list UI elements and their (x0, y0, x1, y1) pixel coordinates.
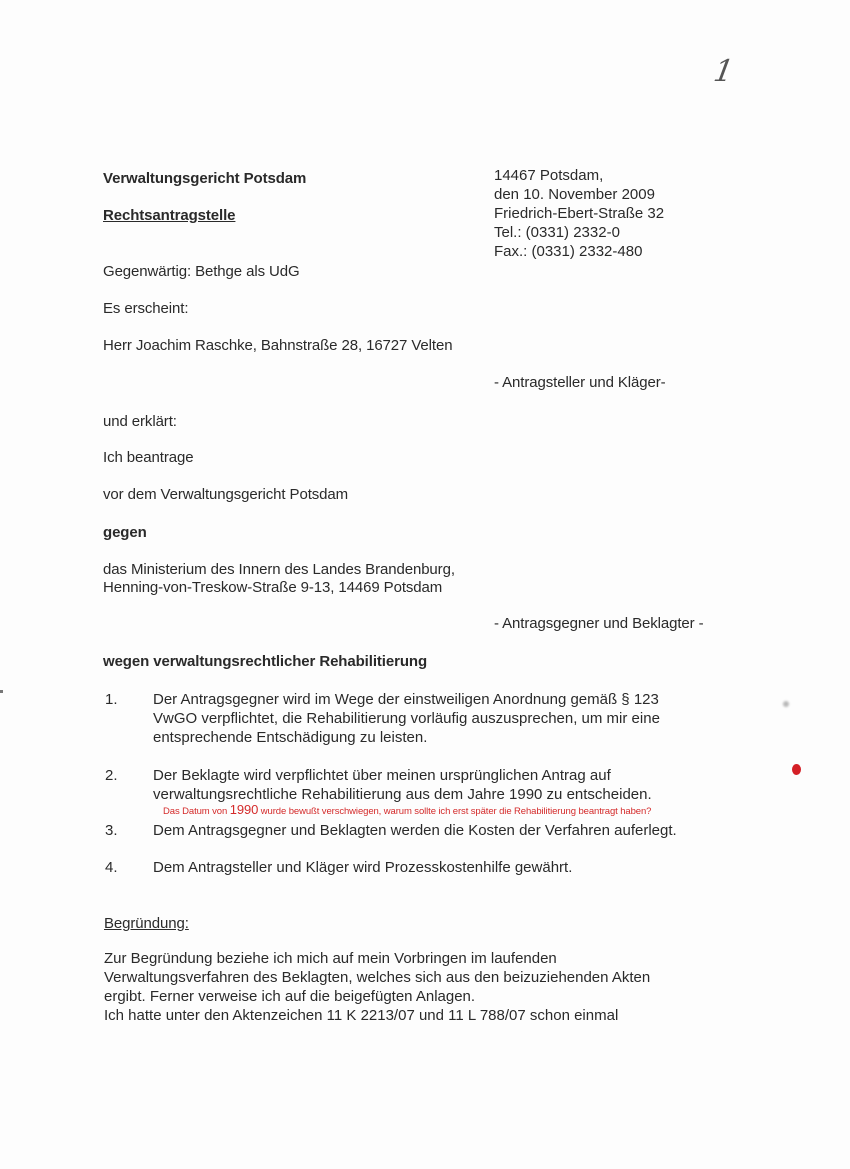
against-label: gegen (103, 523, 147, 542)
request-number: 2. (105, 766, 118, 785)
court-name: Verwaltungsgericht Potsdam (103, 169, 306, 188)
address-line: Friedrich-Ebert-Straße 32 (494, 204, 664, 223)
subject-line: wegen verwaltungsrechtlicher Rehabilitie… (103, 652, 427, 671)
document-page: 1 Verwaltungsgericht Potsdam Rechtsantra… (0, 0, 850, 1169)
department-name: Rechtsantragstelle (103, 206, 235, 225)
request-text-line: Dem Antragsgegner und Beklagten werden d… (153, 821, 753, 840)
annotation-year: 1990 (230, 802, 259, 817)
address-line: 14467 Potsdam, (494, 166, 664, 185)
request-text-line: Der Antragsgegner wird im Wege der einst… (153, 690, 753, 709)
phone-line: Tel.: (0331) 2332-0 (494, 223, 664, 242)
request-text-line: entsprechende Entschädigung zu leisten. (153, 728, 753, 747)
request-number: 1. (105, 690, 118, 709)
request-text: Dem Antragsgegner und Beklagten werden d… (153, 821, 753, 840)
reasoning-line: Ich hatte unter den Aktenzeichen 11 K 22… (104, 1006, 744, 1025)
fax-line: Fax.: (0331) 2332-480 (494, 242, 664, 261)
applicant-name-address: Herr Joachim Raschke, Bahnstraße 28, 167… (103, 336, 452, 355)
reasoning-line: ergibt. Ferner verweise ich auf die beig… (104, 987, 744, 1006)
request-number: 4. (105, 858, 118, 877)
reasoning-heading: Begründung: (104, 914, 189, 933)
declares-label: und erklärt: (103, 412, 177, 431)
reasoning-line: Zur Begründung beziehe ich mich auf mein… (104, 949, 744, 968)
red-annotation: Das Datum von 1990 wurde bewußt verschwi… (163, 802, 651, 817)
present-clerk: Gegenwärtig: Bethge als UdG (103, 262, 300, 281)
annotation-text: Das Datum von (163, 806, 230, 817)
reasoning-line: Verwaltungsverfahren des Beklagten, welc… (104, 968, 744, 987)
request-text-line: VwGO verpflichtet, die Rehabilitierung v… (153, 709, 753, 728)
applicant-role: - Antragsteller und Kläger- (494, 373, 666, 392)
request-number: 3. (105, 821, 118, 840)
annotation-text: wurde bewußt verschwiegen, warum sollte … (258, 806, 651, 817)
request-text-line: Dem Antragsteller und Kläger wird Prozes… (153, 858, 753, 877)
request-intro: Ich beantrage (103, 448, 193, 467)
scan-edge-mark (0, 690, 3, 693)
handwritten-page-number: 1 (711, 54, 736, 89)
request-text: Dem Antragsteller und Kläger wird Prozes… (153, 858, 753, 877)
respondent-line: Henning-von-Treskow-Straße 9-13, 14469 P… (103, 578, 442, 597)
red-dot-mark (792, 764, 801, 775)
scan-smudge-mark (783, 701, 789, 707)
before-court: vor dem Verwaltungsgericht Potsdam (103, 485, 348, 504)
respondent-role: - Antragsgegner und Beklagter - (494, 614, 704, 633)
respondent-line: das Ministerium des Innern des Landes Br… (103, 560, 455, 579)
request-text: Der Beklagte wird verpflichtet über mein… (153, 766, 753, 804)
reasoning-paragraph: Zur Begründung beziehe ich mich auf mein… (104, 949, 744, 1025)
request-text: Der Antragsgegner wird im Wege der einst… (153, 690, 753, 747)
date-line: den 10. November 2009 (494, 185, 664, 204)
appears-label: Es erscheint: (103, 299, 188, 318)
request-text-line: Der Beklagte wird verpflichtet über mein… (153, 766, 753, 785)
court-address-block: 14467 Potsdam, den 10. November 2009 Fri… (494, 166, 664, 261)
